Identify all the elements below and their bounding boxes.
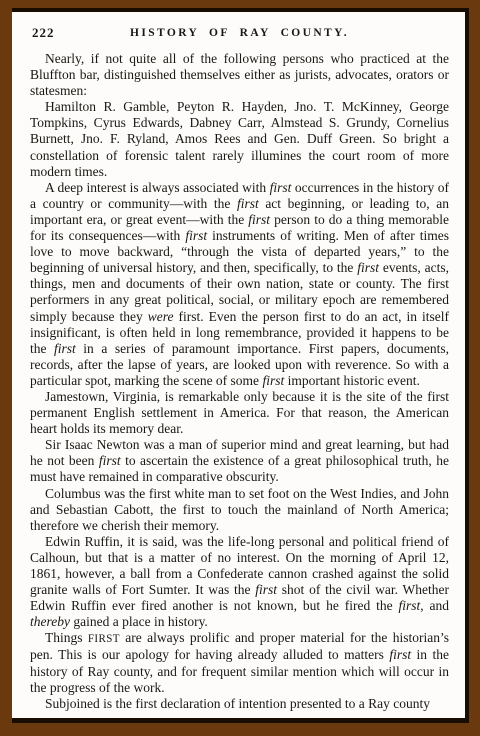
paragraph: Sir Isaac Newton was a man of superior m… [30, 437, 449, 485]
paragraph: Jamestown, Virginia, is remarkable only … [30, 389, 449, 437]
body-text: important historic event. [284, 373, 420, 388]
body-text: Hamilton R. Gamble, Peyton R. Hayden, Jn… [30, 99, 449, 178]
italic-text: first [54, 341, 76, 356]
italic-text: first [255, 582, 277, 597]
page-number: 222 [32, 25, 55, 41]
body-text: Subjoined is the first declaration of in… [45, 696, 430, 711]
smallcaps-text: FIRST [88, 633, 120, 645]
italic-text: first [357, 260, 379, 275]
body-text: A deep interest is always associated wit… [45, 180, 270, 195]
page-header: 222 HISTORY OF RAY COUNTY. [30, 24, 449, 44]
italic-text: first [262, 373, 284, 388]
page-body: Nearly, if not quite all of the followin… [30, 51, 449, 712]
body-text: Columbus was the first white man to set … [30, 486, 449, 533]
paragraph: Edwin Ruffin, it is said, was the life-l… [30, 534, 449, 631]
body-text: Jamestown, Virginia, is remarkable only … [30, 389, 449, 436]
italic-text: thereby [30, 614, 70, 629]
scanned-book-page: { "colors": { "frame_brown": "#6a3a0e", … [0, 0, 480, 736]
italic-text: first [237, 196, 259, 211]
italic-text: first [398, 598, 420, 613]
paragraph: Columbus was the first white man to set … [30, 486, 449, 534]
paragraph: Subjoined is the first declaration of in… [30, 696, 449, 712]
italic-text: first [185, 228, 207, 243]
body-text: Nearly, if not quite all of the followin… [30, 51, 449, 98]
paragraph: Hamilton R. Gamble, Peyton R. Hayden, Jn… [30, 99, 449, 179]
italic-text: first [248, 212, 270, 227]
italic-text: were [148, 309, 174, 324]
paragraph: Things FIRST are always prolific and pro… [30, 630, 449, 695]
running-title: HISTORY OF RAY COUNTY. [30, 24, 449, 39]
italic-text: first [389, 647, 411, 662]
body-text: gained a place in history. [70, 614, 208, 629]
body-text: , and [420, 598, 449, 613]
paragraph: A deep interest is always associated wit… [30, 180, 449, 389]
italic-text: first [270, 180, 292, 195]
paragraph: Nearly, if not quite all of the followin… [30, 51, 449, 99]
body-text: Things [45, 630, 88, 645]
italic-text: first [99, 453, 121, 468]
book-page: 222 HISTORY OF RAY COUNTY. Nearly, if no… [12, 8, 469, 723]
